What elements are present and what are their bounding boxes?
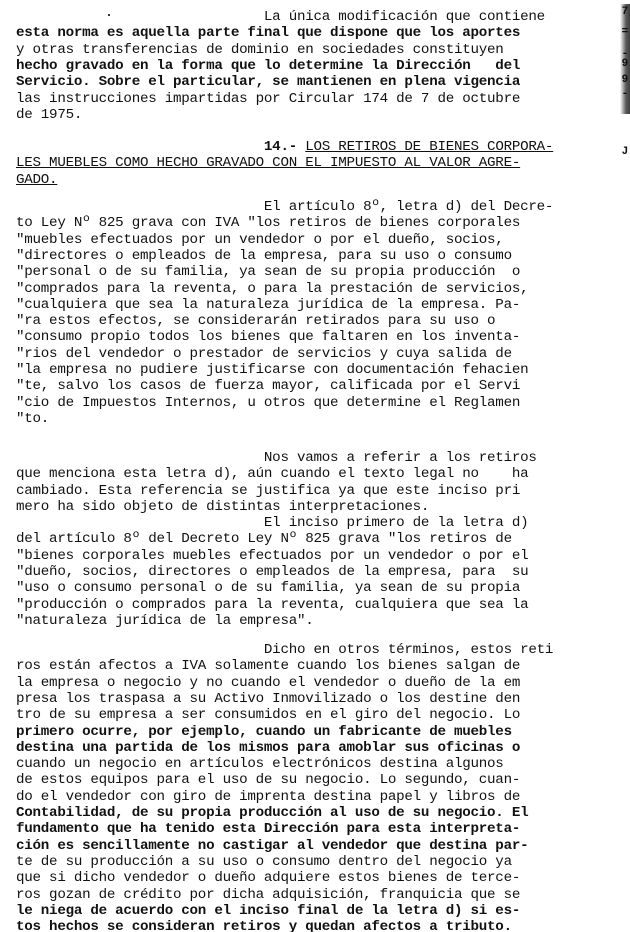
otros-terminos-line: Contabilidad, de su propia producción al…	[16, 805, 528, 821]
document-page: La única modificación que contieneesta n…	[0, 0, 630, 932]
intro-line: hecho gravado en la forma que lo determi…	[16, 58, 520, 74]
otros-terminos-line: de estos equipos para el uso de su negoc…	[16, 772, 520, 788]
retiros-reference-line: que menciona esta letra d), aún cuando e…	[16, 466, 528, 482]
article-8-line: "ra estos efectos, se considerarán retir…	[16, 313, 495, 329]
inciso-primero-line: El inciso primero de la letra d)	[16, 515, 528, 531]
article-8-line: "rios del vendedor o prestador de servic…	[16, 346, 512, 362]
otros-terminos-line: presa los traspasa a su Activo Inmoviliz…	[16, 691, 520, 707]
otros-terminos-line: cuando un negocio en artículos electróni…	[16, 756, 504, 772]
otros-terminos-line: tro de su empresa a ser consumidos en el…	[16, 707, 520, 723]
article-8-line: "comprados para la reventa, o para la pr…	[16, 281, 528, 297]
section-heading-line: GADO.	[16, 172, 57, 188]
otros-terminos-line: le niega de acuerdo con el inciso final …	[16, 903, 520, 919]
article-8-line: "muebles efectuados por un vendedor o po…	[16, 232, 504, 248]
otros-terminos-line: que si dicho vendedor o dueño adquiere e…	[16, 870, 520, 886]
inciso-primero-line: "dueño, socios, directores o empleados d…	[16, 564, 528, 580]
article-8-line: El artículo 8º, letra d) del Decre-	[16, 199, 553, 215]
inciso-primero-line: "naturaleza jurídica de la empresa".	[16, 613, 314, 629]
otros-terminos-line: ción es sencillamente no castigar al ven…	[16, 838, 528, 854]
intro-line: y otras transferencias de dominio en soc…	[16, 42, 504, 58]
inciso-primero-line: "producción o comprados para la reventa,…	[16, 597, 528, 613]
otros-terminos-line: do el vendedor con giro de imprenta dest…	[16, 789, 520, 805]
article-8-line: "consumo propio todos los bienes que fal…	[16, 329, 520, 345]
margin-mark: 9	[622, 58, 628, 70]
article-8-line: to Ley Nº 825 grava con IVA "los retiros…	[16, 215, 520, 231]
intro-line: La única modificación que contiene	[16, 9, 545, 25]
margin-mark: =	[622, 26, 628, 38]
retiros-reference-line: cambiado. Esta referencia se justifica y…	[16, 483, 520, 499]
article-8-line: "personal o de su familia, ya sean de su…	[16, 264, 520, 280]
otros-terminos-line: ros gozan de crédito por dicha adquisici…	[16, 887, 520, 903]
article-8-line: "cualquiera que sea la naturaleza jurídi…	[16, 297, 520, 313]
retiros-reference-line: mero ha sido objeto de distintas interpr…	[16, 499, 429, 515]
article-8-line: "to.	[16, 411, 49, 427]
inciso-primero-line: "uso o consumo personal o de su familia,…	[16, 580, 520, 596]
margin-mark: 7	[622, 6, 628, 18]
intro-line: las instrucciones impartidas por Circula…	[16, 91, 520, 107]
intro-line: esta norma es aquella parte final que di…	[16, 25, 520, 41]
otros-terminos-line: primero ocurre, por ejemplo, cuando un f…	[16, 724, 512, 740]
article-8-line: "cio de Impuestos Internos, u otros que …	[16, 395, 520, 411]
otros-terminos-line: tos hechos se consideran retiros y queda…	[16, 919, 512, 932]
otros-terminos-line: la empresa o negocio y no cuando el vend…	[16, 675, 520, 691]
section-heading-line: 14.- LOS RETIROS DE BIENES CORPORA-	[16, 139, 553, 155]
retiros-reference-line: Nos vamos a referir a los retiros	[16, 450, 537, 466]
margin-mark: -	[622, 88, 628, 100]
otros-terminos-line: destina una partida de los mismos para a…	[16, 740, 520, 756]
otros-terminos-line: fundamento que ha tenido esta Dirección …	[16, 821, 520, 837]
otros-terminos-line: te de su producción a su uso o consumo d…	[16, 854, 512, 870]
margin-mark: J	[622, 146, 628, 158]
inciso-primero-line: del artículo 8º del Decreto Ley Nº 825 g…	[16, 531, 512, 547]
section-heading-line: LES MUEBLES COMO HECHO GRAVADO CON EL IM…	[16, 155, 520, 171]
article-8-line: "la empresa no pudiere justificarse con …	[16, 362, 528, 378]
intro-line: de 1975.	[16, 107, 82, 123]
article-8-line: "te, salvo los casos de fuerza mayor, ca…	[16, 378, 520, 394]
article-8-line: "directores o empleados de la empresa, p…	[16, 248, 512, 264]
otros-terminos-line: ros están afectos a IVA solamente cuando…	[16, 658, 520, 674]
inciso-primero-line: "bienes corporales muebles efectuados po…	[16, 548, 528, 564]
margin-mark: 9	[622, 74, 628, 86]
intro-line: Servicio. Sobre el particular, se mantie…	[16, 74, 520, 90]
otros-terminos-line: Dicho en otros términos, estos reti	[16, 642, 553, 658]
